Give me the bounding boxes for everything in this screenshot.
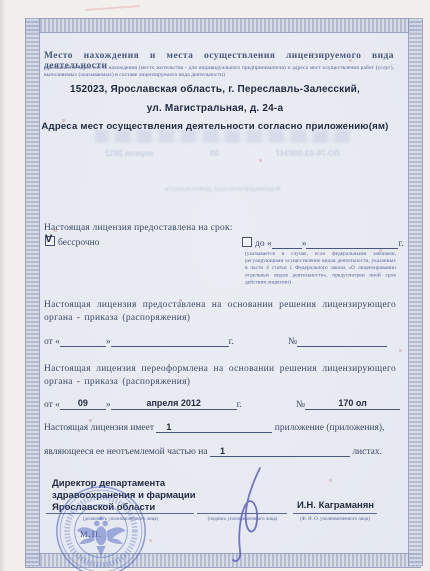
granted-section-text: Настоящая лицензия предоставлена на осно… — [44, 299, 396, 326]
reissued-year-suffix: г. — [237, 400, 242, 410]
granted-date-row: от «»г. — [44, 334, 234, 347]
granted-from-prefix: от « — [44, 337, 60, 347]
granted-number-sign: № — [288, 337, 297, 347]
ghost-day: 09 — [210, 149, 219, 158]
attachments-integral-prefix: являющееся ее неотъемлемой частью на — [44, 447, 208, 457]
name-line — [293, 513, 377, 514]
until-day-blank — [272, 236, 302, 249]
reissued-monthyear-value: апреля 2012 — [111, 397, 237, 410]
attachments-integral-suffix: листах. — [352, 447, 382, 457]
ghost-activity-line: Фармацевтическая деятельность — [120, 184, 325, 193]
reissued-number-value: 170 ол — [305, 397, 400, 410]
until-prefix: до « — [255, 239, 272, 249]
paper-speckles — [0, 0, 1, 1]
paper-smudge — [85, 5, 140, 11]
name-caption: (Ф. И. О. уполномоченного лица) — [293, 516, 377, 522]
appendix-count-value: 1 — [156, 421, 272, 433]
attachments-line-2: являющееся ее неотъемлемой частью на 1 л… — [44, 445, 382, 457]
license-document-page: ЛО-76-03-000347 09 апреля 2012 Фармацевт… — [0, 0, 430, 571]
ghost-month-year: апреля 2012 — [105, 149, 153, 158]
addresses-appendix-note: Адреса мест осуществления деятельности с… — [40, 121, 390, 132]
border-top — [25, 18, 421, 33]
granted-day-blank — [60, 334, 106, 347]
handwritten-signature — [222, 462, 278, 566]
attachments-has-prefix: Настоящая лицензия имеет — [44, 423, 154, 433]
paper-edge-shadow — [0, 0, 6, 571]
perpetual-term-option: Vбессрочно — [45, 236, 99, 248]
perpetual-checkbox: V — [45, 236, 55, 246]
perpetual-label: бессрочно — [58, 238, 99, 248]
checkmark-icon: V — [45, 233, 52, 245]
location-section-note: (указываются адрес места нахождения (мес… — [44, 64, 394, 79]
term-section-label: Настоящая лицензия предоставлена на срок… — [44, 223, 233, 233]
address-line-2: ул. Магистральная, д. 24-а — [40, 103, 390, 114]
until-suffix: г. — [398, 239, 403, 249]
until-footnote: (указывается в случае, если федеральными… — [245, 250, 396, 286]
ghost-license-number: ЛО-76-03-000347 — [276, 149, 340, 158]
granted-monthyear-blank — [111, 334, 229, 347]
until-monthyear-blank — [306, 236, 398, 249]
sheets-count-value: 1 — [210, 445, 350, 457]
address-line-1: 152023, Ярославская область, г. Переслав… — [40, 84, 390, 95]
reissued-from-prefix: от « — [44, 400, 60, 410]
granted-year-suffix: г. — [229, 337, 234, 347]
until-term-option: до «»г. — [242, 236, 404, 249]
reissued-date-row: от «09»апреля 2012г. — [44, 397, 242, 410]
until-checkbox — [242, 237, 252, 247]
reissued-number-sign: № — [296, 400, 305, 410]
official-seal-stamp-icon — [54, 484, 148, 571]
ghost-license-number-row: ЛО-76-03-000347 09 апреля 2012 — [105, 149, 340, 158]
granted-number-row: № — [288, 334, 387, 347]
border-right — [408, 18, 423, 566]
signer-name: И.Н. Каграманян — [288, 500, 383, 511]
border-left — [25, 18, 40, 566]
attachments-line-1: Настоящая лицензия имеет 1 приложение (п… — [44, 421, 384, 433]
reissued-section-text: Настоящая лицензия переоформлена на осно… — [44, 363, 396, 390]
reissued-day-value: 09 — [60, 397, 106, 410]
reissued-number-row: №170 ол — [296, 397, 400, 410]
granted-number-blank — [297, 334, 387, 347]
attachments-has-suffix: приложение (приложения), — [275, 423, 385, 433]
